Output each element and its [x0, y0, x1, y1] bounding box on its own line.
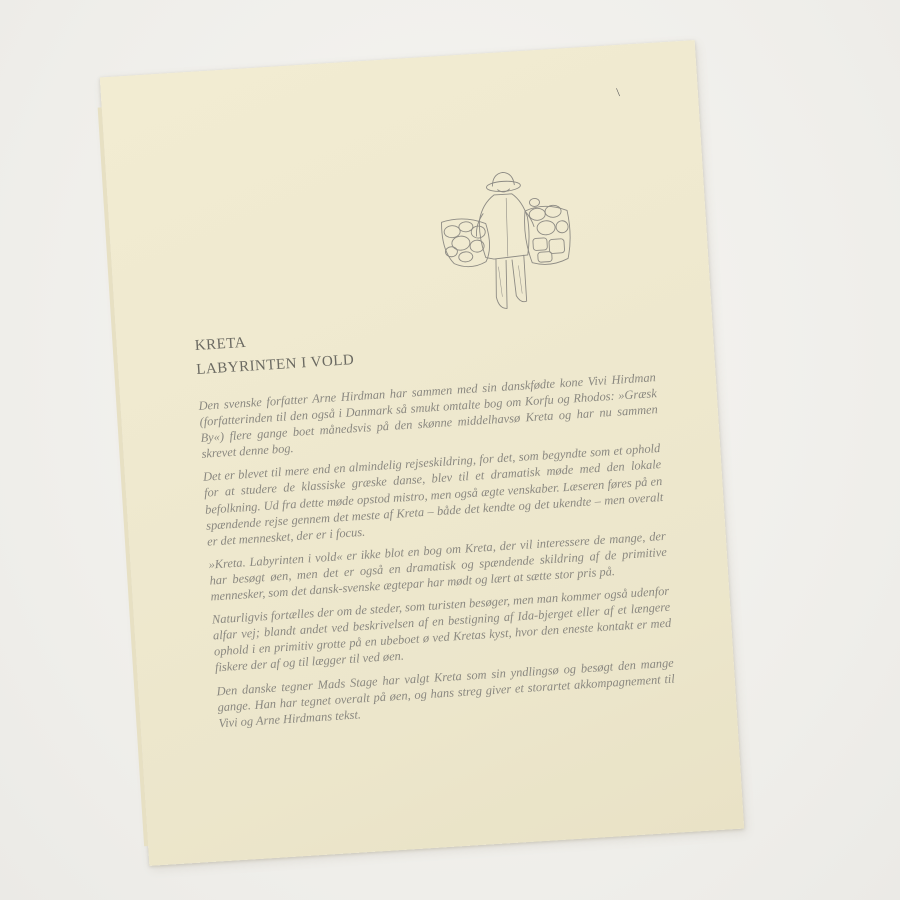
photo-background: \ [0, 0, 900, 900]
pencil-sketch-man-carrying-baskets-icon [414, 149, 624, 331]
blurb-text: Den svenske forfatter Arne Hirdman har s… [198, 369, 676, 738]
book-back-cover: \ [100, 40, 744, 866]
page-mark: \ [616, 85, 620, 100]
book-title: KRETA LABYRINTEN I VOLD [194, 324, 355, 382]
